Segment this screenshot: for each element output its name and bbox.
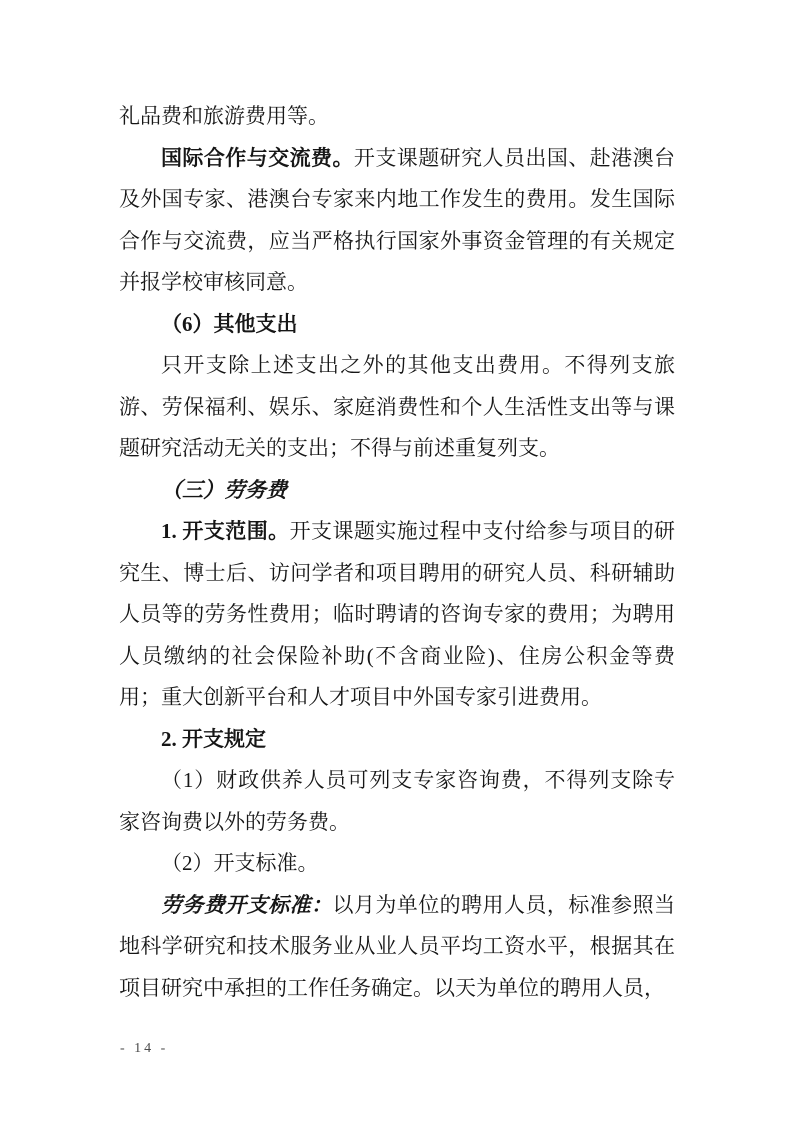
heading-expense-regulations: 2. 开支规定 bbox=[119, 719, 675, 761]
paragraph-text: （1）财政供养人员可列支专家咨询费，不得列支除专家咨询费以外的劳务费。 bbox=[119, 768, 675, 834]
paragraph-lead: 国际合作与交流费。 bbox=[161, 146, 354, 170]
heading-lead: 2. 开支规定 bbox=[161, 727, 266, 751]
document-page: 礼品费和旅游费用等。 国际合作与交流费。开支课题研究人员出国、赴港澳台及外国专家… bbox=[0, 0, 793, 1122]
paragraph-lead: 1. 开支范围。 bbox=[161, 519, 290, 543]
paragraph-regulation-item-1: （1）财政供养人员可列支专家咨询费，不得列支除专家咨询费以外的劳务费。 bbox=[119, 760, 675, 843]
paragraph-gift-travel-fees-continuation: 礼品费和旅游费用等。 bbox=[119, 96, 675, 138]
paragraph-text: （2）开支标准。 bbox=[161, 851, 319, 875]
paragraph-text: 礼品费和旅游费用等。 bbox=[119, 104, 329, 128]
heading-labor-fee-section: （三）劳务费 bbox=[119, 470, 675, 512]
page-number: - 14 - bbox=[120, 1040, 168, 1058]
paragraph-text: 只开支除上述支出之外的其他支出费用。不得列支旅游、劳保福利、娱乐、家庭消费性和个… bbox=[119, 353, 675, 460]
paragraph-lead: 劳务费开支标准： bbox=[161, 893, 332, 917]
paragraph-text: 开支课题实施过程中支付给参与项目的研究生、博士后、访问学者和项目聘用的研究人员、… bbox=[119, 519, 675, 709]
heading-other-expenses: （6）其他支出 bbox=[119, 304, 675, 346]
paragraph-international-cooperation-fee: 国际合作与交流费。开支课题研究人员出国、赴港澳台及外国专家、港澳台专家来内地工作… bbox=[119, 138, 675, 304]
paragraph-labor-fee-standard: 劳务费开支标准：以月为单位的聘用人员，标准参照当地科学研究和技术服务业从业人员平… bbox=[119, 885, 675, 1010]
paragraph-other-expenses-rules: 只开支除上述支出之外的其他支出费用。不得列支旅游、劳保福利、娱乐、家庭消费性和个… bbox=[119, 345, 675, 470]
paragraph-expense-scope: 1. 开支范围。开支课题实施过程中支付给参与项目的研究生、博士后、访问学者和项目… bbox=[119, 511, 675, 719]
paragraph-regulation-item-2: （2）开支标准。 bbox=[119, 843, 675, 885]
heading-lead: （6）其他支出 bbox=[161, 312, 298, 336]
document-body: 礼品费和旅游费用等。 国际合作与交流费。开支课题研究人员出国、赴港澳台及外国专家… bbox=[119, 96, 675, 1009]
heading-lead: （三）劳务费 bbox=[161, 478, 287, 502]
